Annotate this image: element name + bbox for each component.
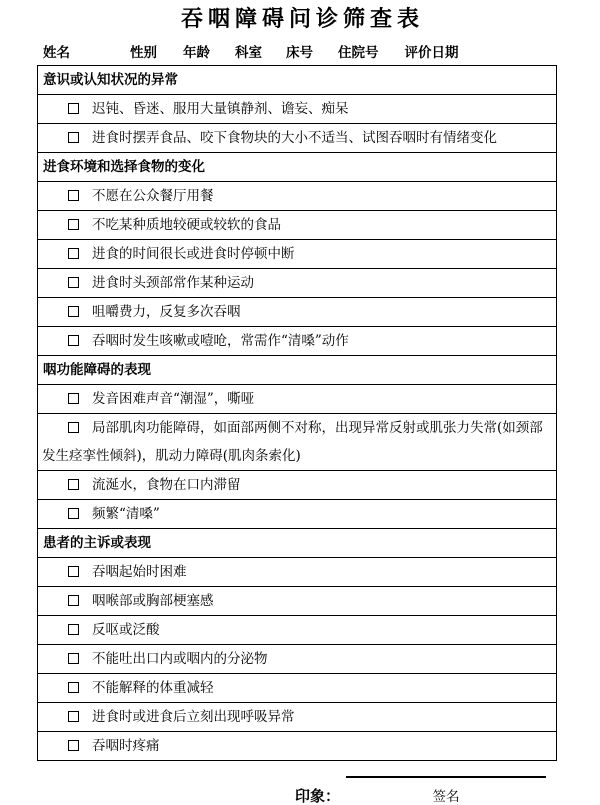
- field-department-label: 科室: [235, 41, 262, 61]
- impression-blank-line[interactable]: [346, 764, 546, 778]
- checklist-item: 不吃某种质地较硬或较软的食品: [38, 211, 556, 240]
- checklist-item: 不愿在公众餐厅用餐: [38, 182, 556, 211]
- checkbox[interactable]: [68, 277, 79, 288]
- signature-label: 签名: [346, 785, 546, 805]
- screening-table: 意识或认知状况的异常 迟钝、昏迷、服用大量镇静剂、谵妄、痴呆 进食时摆弄食品、咬…: [37, 65, 557, 761]
- screening-form-page: 吞咽障碍问诊筛查表 姓名 性别 年龄 科室 床号 住院号 评价日期 意识或认知状…: [0, 0, 600, 805]
- checklist-item: 不能解释的体重减轻: [38, 674, 556, 703]
- checklist-item: 不能吐出口内或咽内的分泌物: [38, 645, 556, 674]
- field-bed-number-label: 床号: [286, 41, 313, 61]
- checkbox[interactable]: [68, 306, 79, 317]
- checklist-item: 进食时或进食后立刻出现呼吸异常: [38, 703, 556, 732]
- checklist-item: 咽喉部或胸部梗塞感: [38, 587, 556, 616]
- checkbox[interactable]: [68, 479, 79, 490]
- checkbox[interactable]: [68, 335, 79, 346]
- footer: 印象： 签名: [0, 764, 600, 805]
- checkbox[interactable]: [68, 393, 79, 404]
- checklist-item: 迟钝、昏迷、服用大量镇静剂、谵妄、痴呆: [38, 95, 556, 124]
- checkbox[interactable]: [68, 190, 79, 201]
- patient-info-row: 姓名 性别 年龄 科室 床号 住院号 评价日期: [0, 41, 600, 61]
- checklist-item: 吞咽时发生咳嗽或噎呛，常需作“清嗓”动作: [38, 327, 556, 356]
- checkbox[interactable]: [68, 566, 79, 577]
- field-gender-label: 性别: [130, 41, 157, 61]
- section-heading-pharyngeal-dysfunction: 咽功能障碍的表现: [38, 356, 556, 385]
- checklist-item: 频繁“清嗓”: [38, 500, 556, 529]
- checkbox[interactable]: [68, 248, 79, 259]
- checklist-item: 进食时头颈部常作某种运动: [38, 269, 556, 298]
- checkbox[interactable]: [68, 740, 79, 751]
- checklist-item: 发音困难声音“潮湿”，嘶哑: [38, 385, 556, 414]
- checkbox[interactable]: [68, 653, 79, 664]
- page-title: 吞咽障碍问诊筛查表: [0, 0, 600, 33]
- field-evaluation-date-label: 评价日期: [405, 41, 459, 61]
- section-heading-eating-environment: 进食环境和选择食物的变化: [38, 153, 556, 182]
- checkbox[interactable]: [68, 422, 79, 433]
- field-age-label: 年龄: [183, 41, 210, 61]
- section-heading-consciousness: 意识或认知状况的异常: [38, 66, 556, 95]
- checklist-item: 流涎水，食物在口内滞留: [38, 471, 556, 500]
- impression-label: 印象：: [295, 787, 340, 805]
- checkbox[interactable]: [68, 132, 79, 143]
- checkbox[interactable]: [68, 103, 79, 114]
- checklist-item: 吞咽起始时困难: [38, 558, 556, 587]
- checkbox[interactable]: [68, 682, 79, 693]
- checkbox[interactable]: [68, 508, 79, 519]
- checklist-item: 反呕或泛酸: [38, 616, 556, 645]
- section-heading-patient-complaints: 患者的主诉或表现: [38, 529, 556, 558]
- checkbox[interactable]: [68, 595, 79, 606]
- signature-area: 签名: [346, 764, 546, 805]
- field-admission-number-label: 住院号: [338, 41, 379, 61]
- checklist-item: 进食时摆弄食品、咬下食物块的大小不适当、试图吞咽时有情绪变化: [38, 124, 556, 153]
- checkbox[interactable]: [68, 711, 79, 722]
- checklist-item: 局部肌肉功能障碍，如面部两侧不对称，出现异常反射或肌张力失常(如颈部发生痉挛性倾…: [38, 414, 556, 471]
- checklist-item: 吞咽时疼痛: [38, 732, 556, 760]
- checkbox[interactable]: [68, 624, 79, 635]
- checklist-item: 咀嚼费力，反复多次吞咽: [38, 298, 556, 327]
- checklist-item: 进食的时间很长或进食时停顿中断: [38, 240, 556, 269]
- field-name-label: 姓名: [43, 41, 70, 61]
- checkbox[interactable]: [68, 219, 79, 230]
